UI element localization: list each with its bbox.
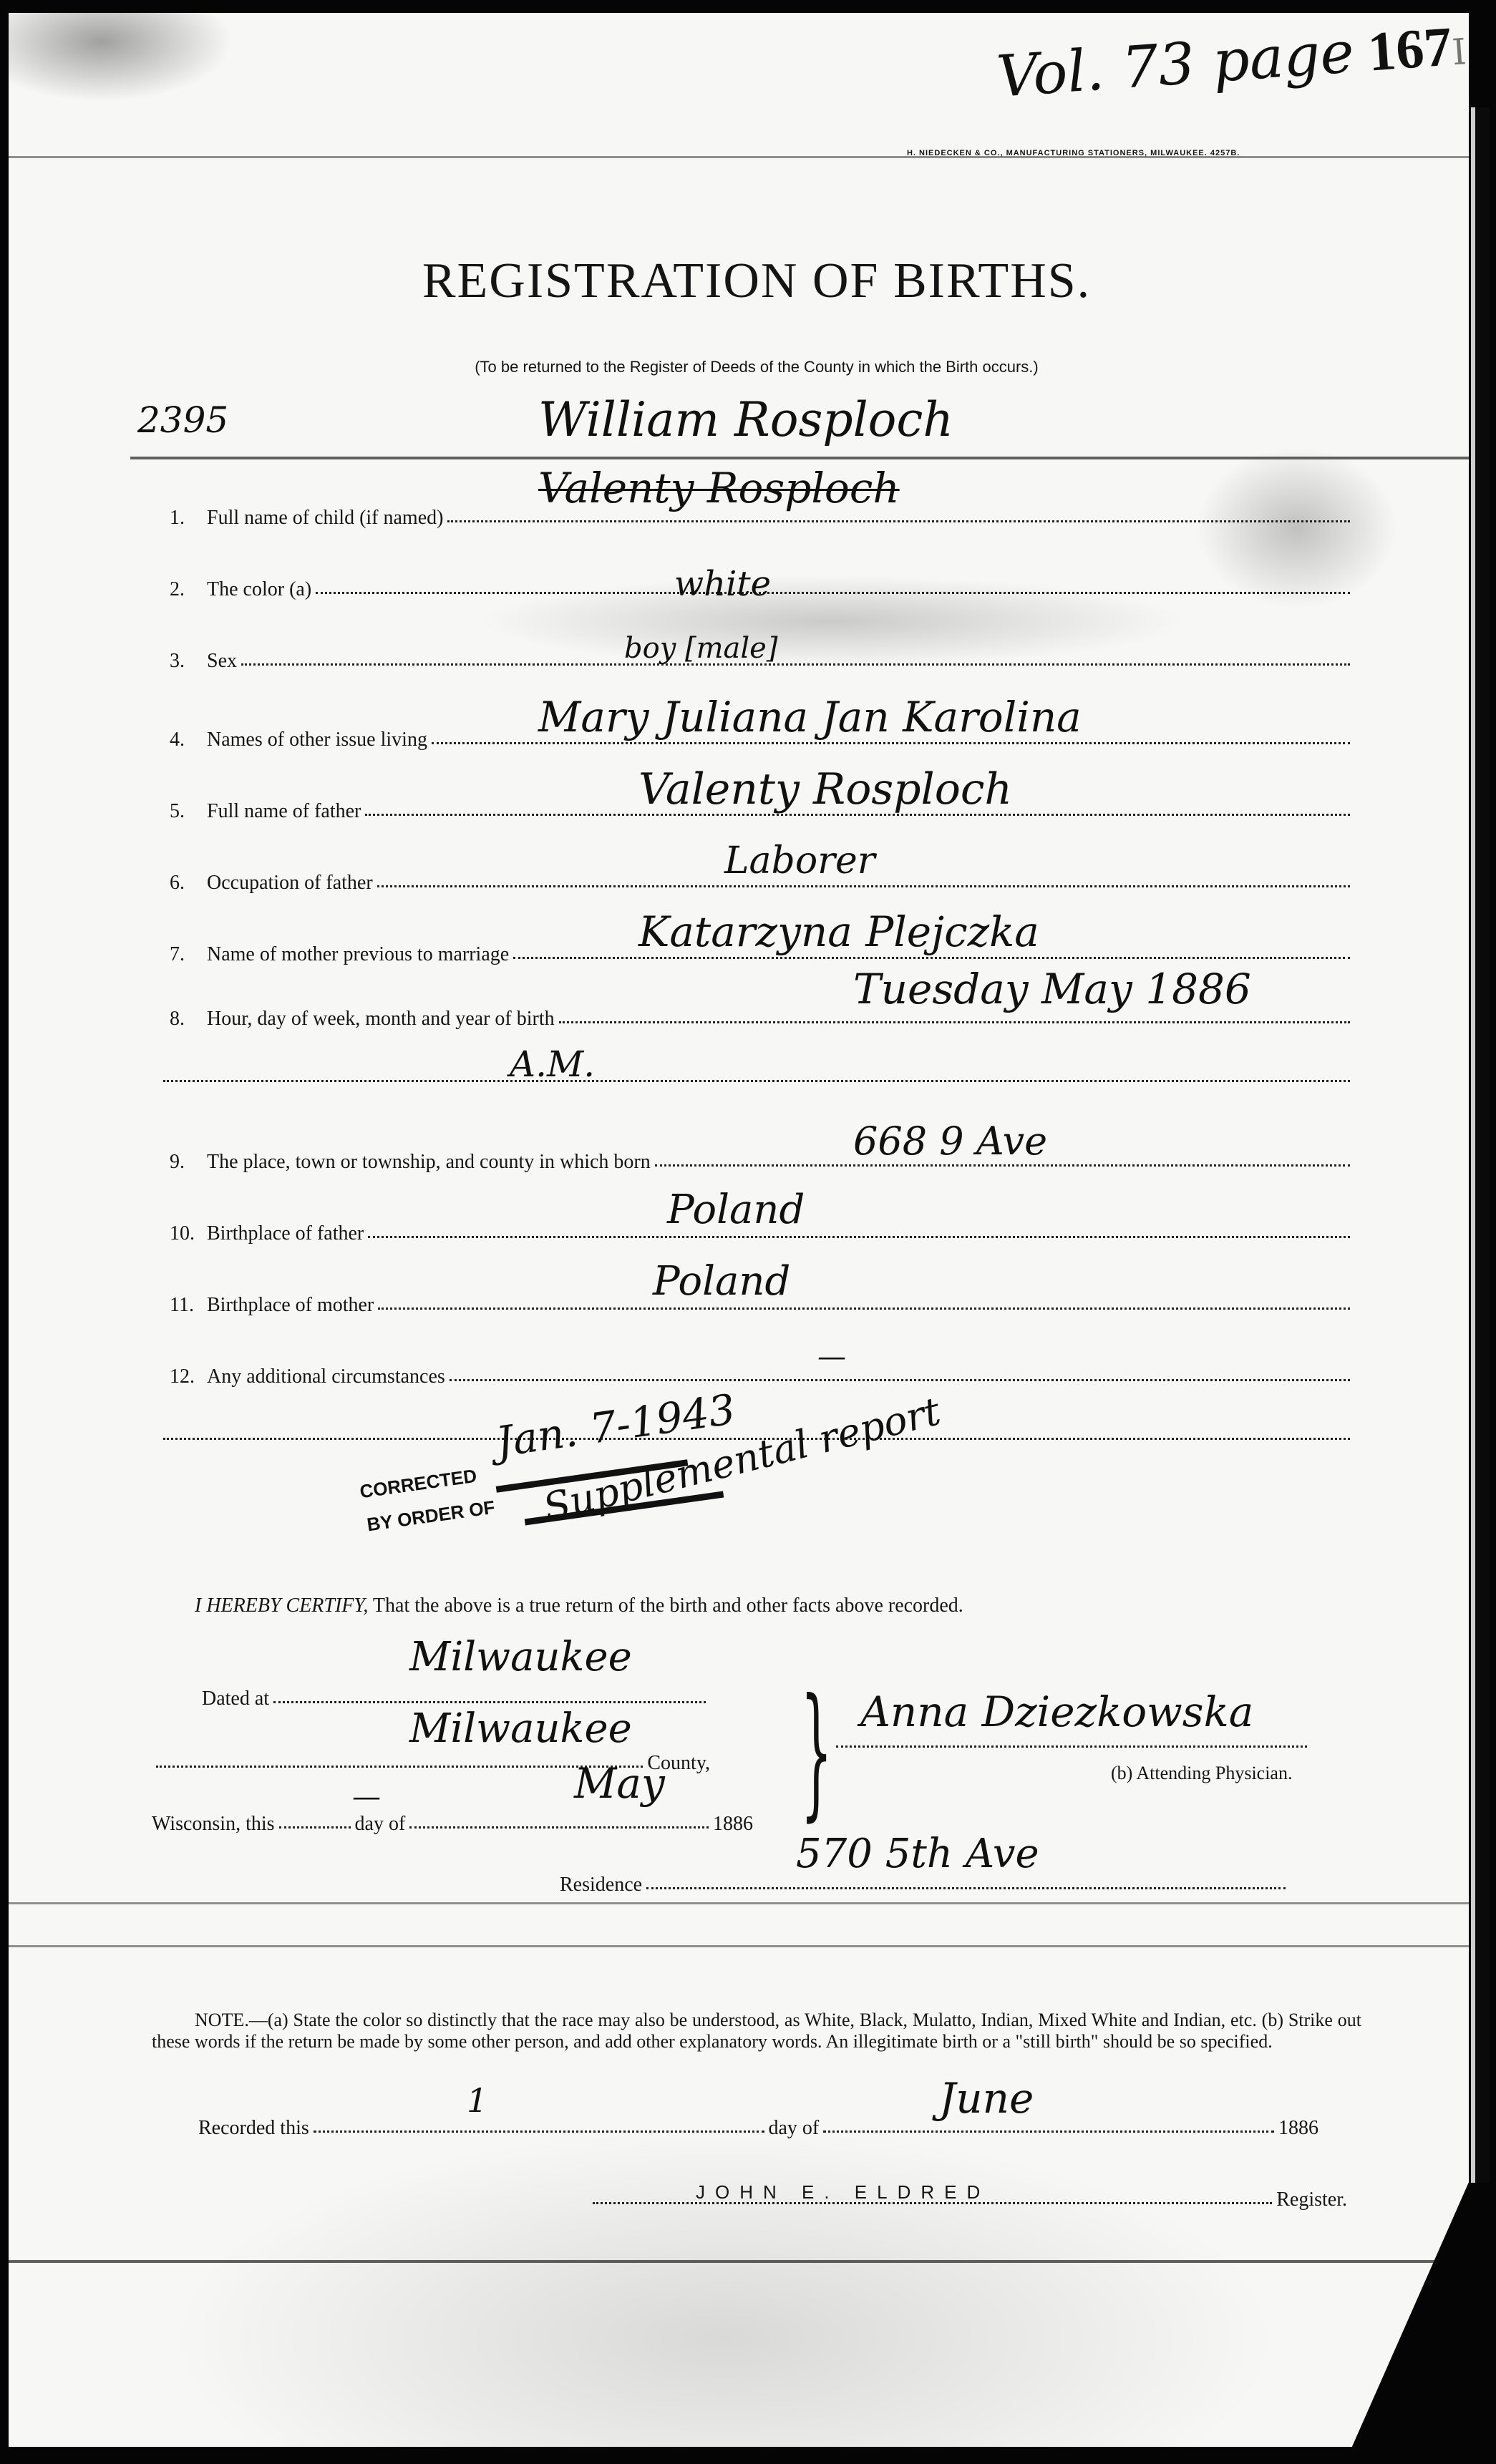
field-label: Sex (207, 650, 237, 673)
recorded-month: June (939, 2074, 1034, 2123)
volume-annotation: Vol. 73 page167I (995, 11, 1468, 110)
register-label: Register. (1276, 2188, 1347, 2211)
dated-at-label: Dated at (202, 1688, 269, 1710)
volume-page-handwritten: Vol. 73 page (995, 19, 1356, 110)
section-rule (9, 1902, 1469, 1904)
brace: } (800, 1680, 832, 1823)
dotted-leader (273, 1700, 706, 1703)
wisconsin-label: Wisconsin, this (152, 1813, 275, 1836)
field-label: Birthplace of father (207, 1222, 364, 1245)
field-label: The color (a) (207, 578, 311, 601)
signer-role: (b) Attending Physician. (1111, 1763, 1292, 1784)
field-value-other-issue: Mary Juliana Jan Karolina (538, 693, 1082, 741)
dotted-leader (450, 1378, 1350, 1381)
recorded-label: Recorded this (198, 2117, 309, 2140)
dotted-leader (156, 1765, 643, 1768)
field-number: 11. (170, 1294, 207, 1317)
certify-statement: I HEREBY CERTIFY, That the above is a tr… (195, 1594, 963, 1617)
field-number: 6. (170, 872, 207, 895)
field-row-9: 9. The place, town or township, and coun… (170, 1151, 1354, 1174)
dated-at-value: Milwaukee (409, 1634, 632, 1680)
recorded-row: Recorded this day of 1886 (198, 2117, 1318, 2140)
form-title: REGISTRATION OF BIRTHS. (9, 253, 1496, 310)
county-value: Milwaukee (409, 1705, 632, 1752)
field-number: 7. (170, 943, 207, 966)
field-value-father-birthplace: Poland (667, 1187, 805, 1233)
field-label: The place, town or township, and county … (207, 1151, 651, 1174)
field-number: 3. (170, 650, 207, 673)
field-number: 12. (170, 1365, 207, 1388)
certify-text: That the above is a true return of the b… (373, 1594, 963, 1617)
field-label: Full name of father (207, 800, 361, 823)
section-rule (9, 1945, 1469, 1947)
dotted-leader (646, 1886, 1286, 1889)
dotted-leader (823, 2130, 1274, 2133)
field-value-birth-place: 668 9 Ave (853, 1119, 1047, 1164)
field-value-additional: — (817, 1340, 846, 1373)
field-value-color: white (674, 564, 771, 604)
year-value: 1886 (713, 1813, 753, 1836)
day-value: — (352, 1781, 381, 1813)
field-number: 2. (170, 578, 207, 601)
physician-signature: Anna Dziezkowska (860, 1688, 1253, 1736)
binding-edge (1471, 107, 1490, 2183)
field-row-12: 12. Any additional circumstances (170, 1365, 1354, 1388)
certify-heading: I HEREBY CERTIFY, (195, 1594, 368, 1617)
field-label: Names of other issue living (207, 729, 427, 751)
header-rule (9, 156, 1469, 158)
field-label: Birthplace of mother (207, 1294, 374, 1317)
dotted-leader (163, 1079, 1350, 1082)
dotted-leader (377, 885, 1350, 887)
wisconsin-date-row: Wisconsin, this day of 1886 (152, 1813, 753, 1836)
field-value-birth-date: Tuesday May 1886 (853, 965, 1251, 1013)
bottom-rule (9, 2260, 1469, 2263)
child-name-heading: William Rosploch (538, 392, 953, 447)
recorded-year: 1886 (1278, 2117, 1318, 2140)
page-suffix: I (1451, 31, 1468, 73)
day-of-label: day of (769, 2117, 820, 2140)
dotted-leader (836, 1745, 1307, 1748)
register-name: JOHN E. ELDRED (696, 2181, 990, 2204)
field-value-mother-maiden-name: Katarzyna Plejczka (638, 907, 1039, 956)
corrected-stamp: CORRECTED (359, 1465, 478, 1504)
field-number: 1. (170, 507, 207, 530)
dotted-leader (316, 591, 1350, 594)
day-of-label: day of (355, 1813, 406, 1836)
field-number: 10. (170, 1222, 207, 1245)
dotted-leader (314, 2130, 764, 2133)
signature-line (832, 1745, 1311, 1755)
page-number: 167 (1366, 15, 1454, 83)
dotted-leader (655, 1164, 1350, 1167)
dotted-leader (559, 1021, 1350, 1023)
residence-value: 570 5th Ave (796, 1831, 1039, 1877)
field-number: 4. (170, 729, 207, 751)
field-label: Any additional circumstances (207, 1365, 445, 1388)
field-value-father-occupation: Laborer (724, 839, 875, 882)
field-value-mother-birthplace: Poland (653, 1258, 790, 1305)
form-subtitle: (To be returned to the Register of Deeds… (9, 358, 1496, 376)
heading-rule (130, 457, 1469, 459)
field-number: 5. (170, 800, 207, 823)
field-label: Hour, day of week, month and year of bir… (207, 1008, 555, 1031)
dotted-leader (378, 1307, 1350, 1310)
dotted-leader (432, 741, 1350, 744)
field-row-8-continuation (159, 1079, 1354, 1089)
by-order-of-stamp: BY ORDER OF (366, 1496, 497, 1537)
month-value: May (574, 1759, 665, 1808)
residence-label: Residence (560, 1874, 642, 1896)
dotted-leader (279, 1826, 351, 1828)
field-label: Name of mother previous to marriage (207, 943, 509, 966)
dotted-leader (368, 1235, 1350, 1238)
field-number: 9. (170, 1151, 207, 1174)
form-note: NOTE.—(a) State the color so distinctly … (152, 2010, 1361, 2052)
recorded-day: 1 (467, 2081, 487, 2120)
birth-registration-document: Vol. 73 page167I H. NIEDECKEN & CO., MAN… (9, 13, 1469, 2464)
field-value-father-name: Valenty Rosploch (638, 764, 1012, 814)
field-value-sex: boy [male] (624, 632, 777, 665)
field-number: 8. (170, 1008, 207, 1031)
field-value-child-name: Valenty Rosploch (538, 464, 900, 512)
dotted-leader (513, 956, 1350, 959)
record-number: 2395 (137, 399, 228, 441)
field-label: Occupation of father (207, 872, 373, 895)
dotted-leader (409, 1826, 709, 1828)
dotted-leader (447, 520, 1350, 522)
field-label: Full name of child (if named) (207, 507, 443, 530)
dotted-leader (241, 663, 1350, 666)
